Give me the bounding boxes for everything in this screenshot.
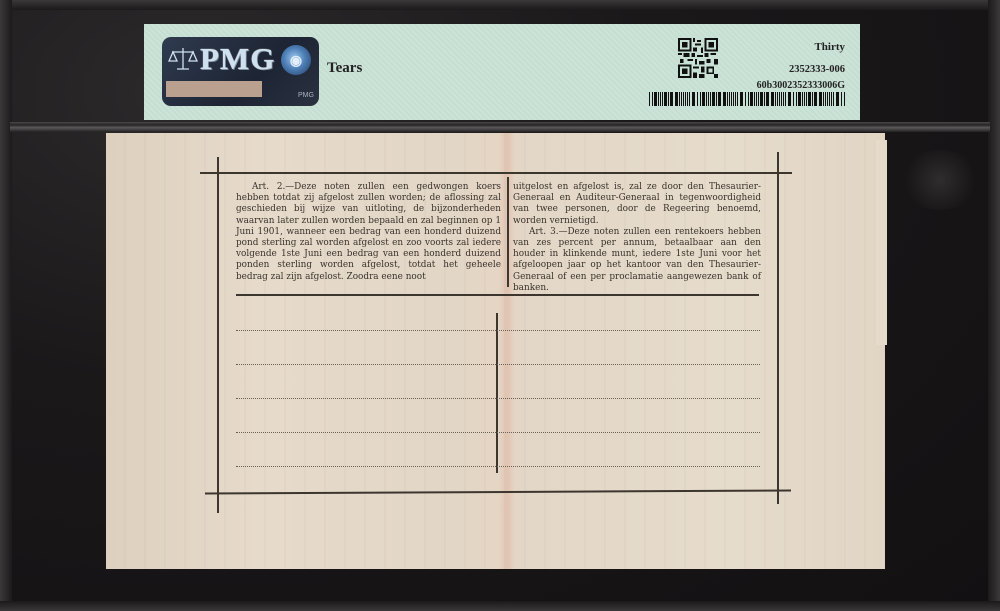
dotted-line: [236, 466, 760, 467]
qr-code-icon[interactable]: [678, 38, 718, 78]
pmg-holder: PMG ◉ PMG Tears Thirty 2352333-0: [0, 0, 1000, 611]
article-paragraph: uitgelost en afgelost is, zal ze door de…: [513, 182, 761, 227]
article-3-text: uitgelost en afgelost is, zal ze door de…: [513, 182, 761, 294]
scales-icon: [168, 46, 198, 72]
frame-line-top: [200, 172, 792, 174]
cert-number: 2352333-006: [789, 64, 845, 75]
holder-edge: [988, 0, 1000, 611]
grade-text: Thirty: [814, 41, 845, 53]
signature-strip: [166, 81, 262, 97]
barcode-icon: [649, 92, 845, 106]
dotted-line: [236, 364, 760, 365]
pmg-logo-text: PMG: [200, 41, 275, 77]
holder-scuff: [900, 150, 980, 210]
pmg-small-text: PMG: [298, 92, 314, 99]
text-divider-vertical: [507, 177, 509, 287]
article-paragraph: Art. 2.—Deze noten zullen een gedwongen …: [236, 182, 501, 283]
holder-edge: [0, 0, 12, 611]
dotted-line: [236, 330, 760, 331]
holder-edge: [0, 0, 1000, 10]
table-divider-vertical: [496, 313, 498, 473]
grade-comments: Tears: [327, 60, 362, 77]
article-paragraph: Art. 3.—Deze noten zullen een rentekoers…: [513, 227, 761, 294]
text-divider-horizontal: [236, 294, 759, 296]
barcode-text: 60b3002352333006G: [757, 80, 845, 91]
article-2-text: Art. 2.—Deze noten zullen een gedwongen …: [236, 182, 501, 283]
dotted-line: [236, 398, 760, 399]
hologram-icon: ◉: [281, 45, 311, 75]
note-tear-flap: [876, 140, 887, 345]
frame-line-left: [217, 157, 219, 513]
holder-seal: [10, 122, 990, 132]
pmg-logo: PMG ◉ PMG: [162, 37, 319, 106]
grading-label: PMG ◉ PMG Tears Thirty 2352333-0: [144, 24, 860, 120]
holder-edge: [0, 601, 1000, 611]
dotted-line: [236, 432, 760, 433]
frame-line-right: [777, 152, 779, 504]
